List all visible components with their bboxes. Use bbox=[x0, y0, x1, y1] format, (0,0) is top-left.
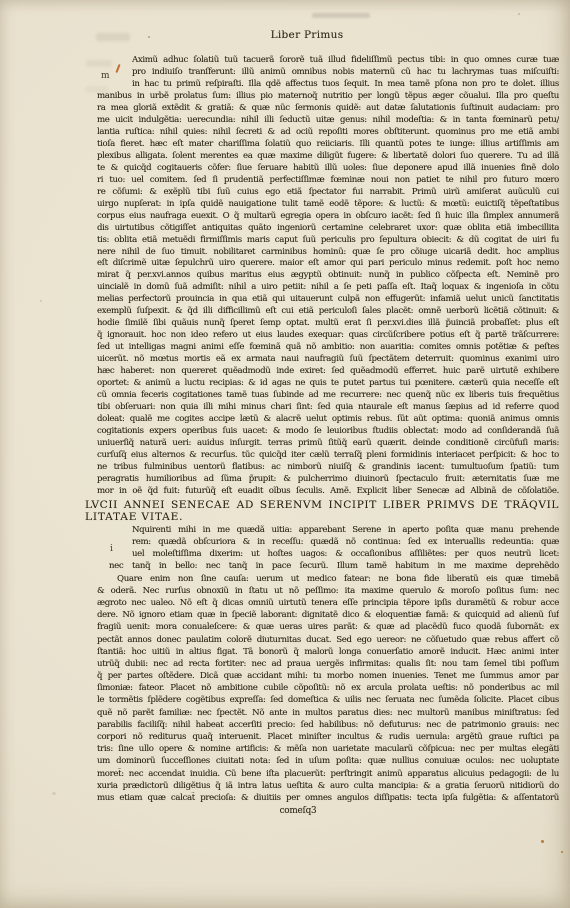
text-line: me uicit indulgẽtia: uerecundia: nihil i… bbox=[97, 115, 559, 127]
text-line: mirat̃ q̃ per.xvi.annos quibus maritus e… bbox=[97, 270, 559, 282]
show-through-ghost bbox=[312, 13, 370, 18]
text-line: ri tuo: uel comitem. ſed ſi prudentiã pe… bbox=[97, 175, 559, 187]
text-line: lantia ruſtica: nihil quies: nihil ſecre… bbox=[97, 127, 559, 139]
text-line: Aximũ adhuc ſolatiũ tuũ tacuerã ſororẽ t… bbox=[97, 55, 559, 67]
text-line: re cõſumi: & exẽplũ tibi ſuũ cuius ego e… bbox=[97, 187, 559, 199]
text-line: parabilis faciliſq̃: nihil habeat accerſ… bbox=[97, 719, 559, 731]
text-line: hodie ſimilẽ ſibi quãuis nunq̃ ſperet ſe… bbox=[97, 318, 559, 330]
text-line: in hac tu primũ reſpiraſti. Illa qdẽ aff… bbox=[97, 79, 559, 91]
text-line: te & quicq̃d cogitaueris cõfer: ſiue ſer… bbox=[97, 163, 559, 175]
foxing-spot bbox=[561, 851, 563, 853]
text-line: utrũq̃ dubii: nec ad recta fortiter: nec… bbox=[97, 658, 559, 670]
text-line: dere. Nõ ignoro etiam quæ in ſpeciẽ labo… bbox=[97, 609, 559, 621]
text-line: Nquirenti mihi in me quædã uitia: appare… bbox=[97, 524, 559, 536]
text-line: tioſa fieret. hæc eſt mater chariſſima ſ… bbox=[97, 139, 559, 151]
paper-speck bbox=[40, 300, 42, 302]
text-line: rem: quædã obſcuriora & in receſſu: quæd… bbox=[97, 536, 559, 548]
text-line: quẽ nõ parẽt familiæ: nec ſpectẽt. Nõ an… bbox=[97, 707, 559, 719]
text-line: uicerũt. nõ mœtus mortis eã ex armata na… bbox=[97, 354, 559, 366]
text-line: manibus in urbẽ prolatus ſum: illius pio… bbox=[97, 91, 559, 103]
tranquillitate-opening-paragraph: Nquirenti mihi in me quædã uitia: appare… bbox=[97, 524, 559, 804]
text-line: fragiũ uenit: mora conualeſcere: & quæ u… bbox=[97, 621, 559, 633]
foxing-spot bbox=[541, 840, 544, 843]
text-line: mus etiam quæ calcat̃ precioſa: & diuiti… bbox=[97, 792, 559, 804]
text-line: ſed ut intelligas magni animi eſſe fœmin… bbox=[97, 342, 559, 354]
text-line: Quare enim non ſine cauſa: uerum ut medi… bbox=[97, 573, 559, 585]
text-line: q̃ ignorauit. hoc non ideo refero ut eiu… bbox=[97, 330, 559, 342]
text-line: mor in oẽ q̃d fuit: futurũq̃ eſt euadit … bbox=[97, 486, 559, 498]
text-line: uincialẽ in domũ ſuã admiſit: nihil a ui… bbox=[97, 282, 559, 294]
incipit-heading-line2: LITATAE VITAE. bbox=[85, 511, 559, 523]
text-line: corpori nõ rediturus quaq̃ interuenit. P… bbox=[97, 731, 559, 743]
paper-speck bbox=[52, 792, 56, 795]
catchword: comeſq3 bbox=[97, 806, 559, 816]
incipit-heading: LVCII ANNEI SENECAE AD SERENVM INCIPIT L… bbox=[85, 499, 559, 523]
text-line: tibi obſeruari: non quia illi mihi minus… bbox=[97, 402, 559, 414]
text-line: pro indiuiſo tranſferunt̃: illũ animũ om… bbox=[97, 67, 559, 79]
text-line: corpus eius naufraga euexit. O q̃ multar… bbox=[97, 211, 559, 223]
text-line: ægroto nec ualeo. Nõ eſt q̃ dicas omniũ … bbox=[97, 597, 559, 609]
text-line: moret̃: nec accendat inuidia. Cũ bene iſ… bbox=[97, 768, 559, 780]
paper-speck bbox=[148, 36, 150, 38]
text-line: ra mea gloriã extẽdit & gratiã: & quæ nũ… bbox=[97, 103, 559, 115]
text-line: uniuerſiq̃ naturã ueri: auidus inſurgit.… bbox=[97, 438, 559, 450]
text-line: le tormẽtis ſplẽdere cogẽtibus expreſſa:… bbox=[97, 694, 559, 706]
text-line: eſt diſcrimẽ uitæ ſepulchrũ uiro querere… bbox=[97, 258, 559, 270]
text-line: peragratis humilioribus ad ſũma p̃rupit:… bbox=[97, 474, 559, 486]
text-line: doleat: qualẽ me cogites accipe lætũ & a… bbox=[97, 414, 559, 426]
text-line: dis uirtutibus cõtigiſſet antiquitas quã… bbox=[97, 223, 559, 235]
text-block: Aximũ adhuc ſolatiũ tuũ tacuerã ſororẽ t… bbox=[97, 55, 559, 816]
incipit-heading-line1: LVCII ANNEI SENECAE AD SERENVM INCIPIT L… bbox=[85, 499, 559, 511]
text-line: curſuſq̃ eius alternos & recurſus. tũc q… bbox=[97, 450, 559, 462]
text-line: pectãt annos donec paulatim colorẽ diutu… bbox=[97, 634, 559, 646]
text-line: exemplũ ſuſpexit. & q̃d illi difficillim… bbox=[97, 306, 559, 318]
text-line: nec tanq̃ in bello: nec tanq̃ in pace ſe… bbox=[97, 560, 559, 572]
text-line: cogitationis expers operibus ſuis uacet:… bbox=[97, 426, 559, 438]
text-line: nere nihil de ſuo timuit. nobilitaret̃ c… bbox=[97, 247, 559, 259]
text-line: um dominorũ ſucceſſiones ciuitati nota: … bbox=[97, 755, 559, 767]
book-page: Liber Primus m i Aximũ adhuc ſolatiũ tuũ… bbox=[0, 0, 570, 908]
text-line: ſtantiã: hoc uitiũ in altius figat. Tã b… bbox=[97, 646, 559, 658]
text-line: uel moleſtiſſima dixerim: ut hoſtes uago… bbox=[97, 548, 559, 560]
text-line: uirgo nupſerat: in ipſa quidẽ nauigation… bbox=[97, 199, 559, 211]
text-line: cũ omnia feceris cogitationes tamẽ tuas … bbox=[97, 390, 559, 402]
text-line: melias perfectorũ prouincia in qua etiã … bbox=[97, 294, 559, 306]
text-line: & oderã. Nec rurſus obnoxiũ in ſtatu ut … bbox=[97, 585, 559, 597]
consolatio-final-paragraph: Aximũ adhuc ſolatiũ tuũ tacuerã ſororẽ t… bbox=[97, 55, 559, 498]
text-line: tris: ſine ullo opere & nomine artificis… bbox=[97, 743, 559, 755]
running-header: Liber Primus bbox=[97, 29, 559, 43]
text-line: oportet: & animũ a luctu recipias: & id … bbox=[97, 378, 559, 390]
text-line: xuria prædictorũ diligẽtius q̃ iã intra … bbox=[97, 780, 559, 792]
text-line: hæc haberet: non quereret quẽadmodũ inde… bbox=[97, 366, 559, 378]
text-line: tis: oblita etiã metuẽdi firmiſſimis mar… bbox=[97, 235, 559, 247]
paper-speck bbox=[518, 13, 520, 15]
text-line: ſimoniæ: fateor. Placet nõ ambitione cub… bbox=[97, 682, 559, 694]
text-line: q̃ per partes oſtẽdere. Dicã quæ accidan… bbox=[97, 670, 559, 682]
text-line: plexibus alligata. ſolent merentes ea qu… bbox=[97, 151, 559, 163]
text-line: ne tribus fulminibus uentorũ flatibus: a… bbox=[97, 462, 559, 474]
